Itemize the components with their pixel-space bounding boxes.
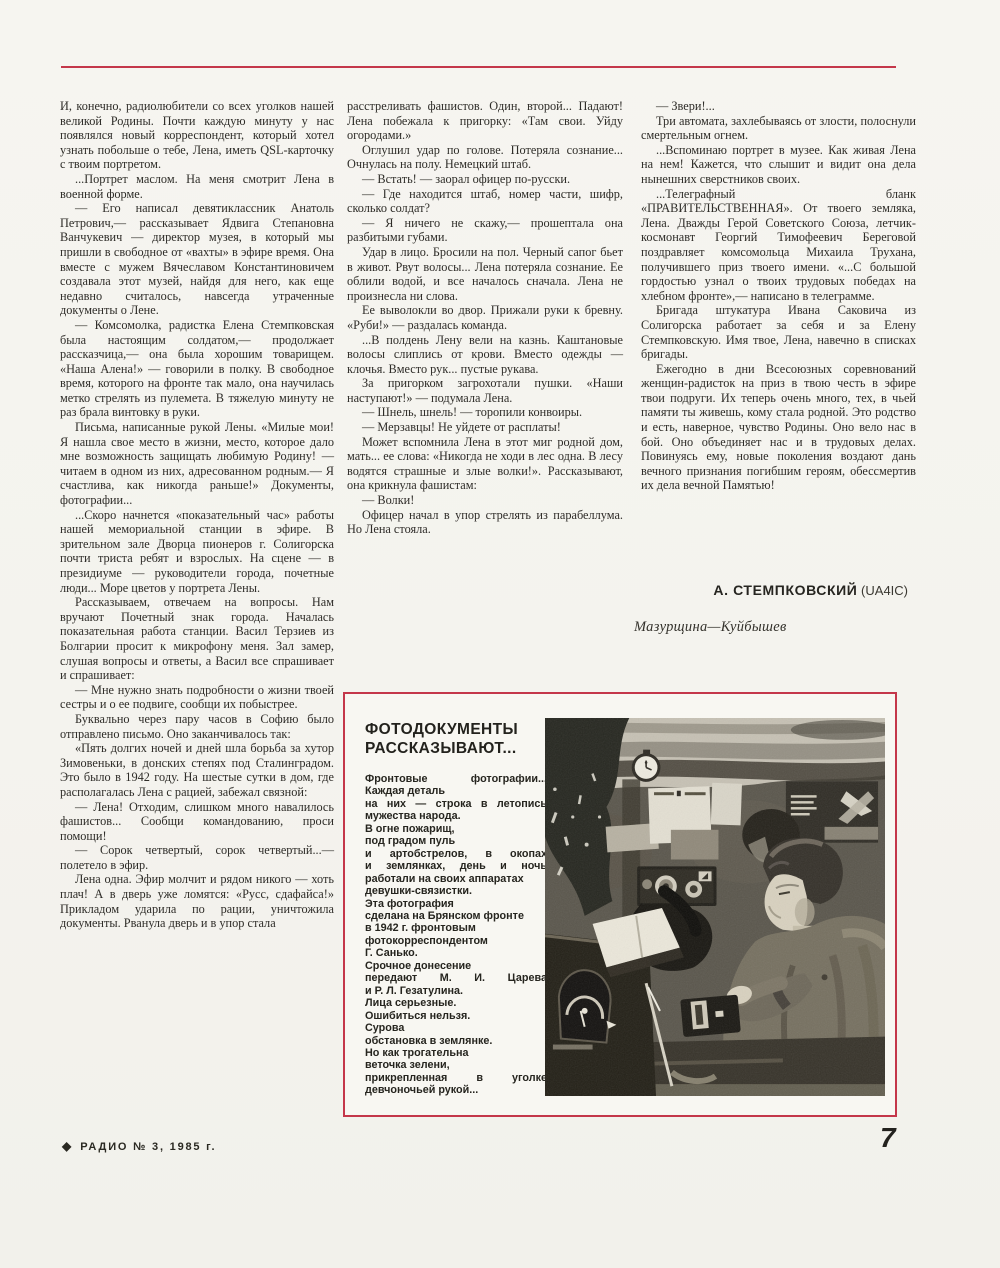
caption-line: Каждая деталь — [365, 785, 547, 797]
paragraph: ...Вспоминаю портрет в музее. Как живая … — [641, 143, 916, 187]
paragraph: — Я ничего не скажу,— прошептала она раз… — [347, 216, 623, 245]
paragraph: — Его написал девятиклассник Анатоль Пет… — [60, 201, 334, 318]
caption-line: девушки-связистки. — [365, 885, 547, 897]
paragraph: — Комсомолка, радистка Елена Стемпковска… — [60, 318, 334, 420]
top-red-rule — [61, 66, 896, 68]
caption-line: прикрепленная в уголке — [365, 1072, 547, 1084]
paragraph: ...В полдень Лену вели на казнь. Каштано… — [347, 333, 623, 377]
photo-feature-box: ФОТОДОКУМЕНТЫ РАССКАЗЫВАЮТ... Фронтовые … — [343, 692, 897, 1117]
caption-line: на них — строка в летопись — [365, 798, 547, 810]
paragraph: Письма, написанные рукой Лены. «Милые мо… — [60, 420, 334, 508]
author-signature: А. СТЕМПКОВСКИЙ (UA4IC) — [641, 582, 916, 600]
war-photo — [545, 718, 885, 1096]
paragraph: — Мерзавцы! Не уйдете от расплаты! — [347, 420, 623, 435]
author-name: А. СТЕМПКОВСКИЙ — [713, 582, 857, 598]
paragraph: — Звери!... — [641, 99, 916, 114]
caption-line: Но как трогательна — [365, 1047, 547, 1059]
paragraph: И, конечно, радиолюбители со всех уголко… — [60, 99, 334, 172]
caption-line: передают М. И. Царева — [365, 972, 547, 984]
paragraph: расстреливать фашистов. Один, второй... … — [347, 99, 623, 143]
caption-line: и землянках, день и ночь — [365, 860, 547, 872]
paragraph: Рассказываем, отвечаем на вопросы. Нам в… — [60, 595, 334, 683]
caption-line: и Р. Л. Гезатулина. — [365, 985, 547, 997]
caption-heading-line1: ФОТОДОКУМЕНТЫ — [365, 720, 547, 739]
caption-line: Фронтовые фотографии... — [365, 773, 547, 785]
caption-heading: ФОТОДОКУМЕНТЫ РАССКАЗЫВАЮТ... — [365, 720, 547, 758]
magazine-page: И, конечно, радиолюбители со всех уголко… — [0, 0, 1000, 1268]
photo-caption: ФОТОДОКУМЕНТЫ РАССКАЗЫВАЮТ... Фронтовые … — [365, 720, 547, 1097]
caption-line: под градом пуль — [365, 835, 547, 847]
caption-line: В огне пожарищ, — [365, 823, 547, 835]
paragraph: — Где находится штаб, номер части, шифр,… — [347, 187, 623, 216]
article-column-2: расстреливать фашистов. Один, второй... … — [347, 99, 623, 537]
paragraph: — Волки! — [347, 493, 623, 508]
paragraph: Лена одна. Эфир молчит и рядом никого — … — [60, 872, 334, 930]
caption-line: Сурова — [365, 1022, 547, 1034]
caption-line: сделана на Брянском фронте — [365, 910, 547, 922]
caption-line: Лица серьезные. — [365, 997, 547, 1009]
caption-line: и артобстрелов, в окопах — [365, 848, 547, 860]
caption-line: работали на своих аппаратах — [365, 873, 547, 885]
caption-line: Эта фотография — [365, 898, 547, 910]
author-callsign: (UA4IC) — [857, 583, 908, 598]
paragraph: — Лена! Отходим, слишком много навалилос… — [60, 800, 334, 844]
paragraph: Ее выволокли во двор. Прижали руки к бре… — [347, 303, 623, 332]
caption-heading-line2: РАССКАЗЫВАЮТ... — [365, 739, 547, 758]
caption-line: обстановка в землянке. — [365, 1035, 547, 1047]
paragraph: «Пять долгих ночей и дней шла борьба за … — [60, 741, 334, 799]
caption-line: в 1942 г. фронтовым — [365, 922, 547, 934]
caption-line: Г. Санько. — [365, 947, 547, 959]
paragraph: Офицер начал в упор стрелять из парабелл… — [347, 508, 623, 537]
paragraph: — Мне нужно знать подробности о жизни тв… — [60, 683, 334, 712]
paragraph: — Сорок четвертый, сорок четвертый...— п… — [60, 843, 334, 872]
war-photo-illustration — [545, 718, 885, 1096]
article-column-1: И, конечно, радиолюбители со всех уголко… — [60, 99, 334, 931]
diamond-icon: ◆ — [62, 1139, 71, 1153]
footer: ◆РАДИО № 3, 1985 г. — [62, 1139, 216, 1153]
caption-line: мужества народа. — [365, 810, 547, 822]
paragraph: Ежегодно в дни Всесоюзных соревнований ж… — [641, 362, 916, 493]
paragraph: ...Скоро начнется «показательный час» ра… — [60, 508, 334, 596]
paragraph: ...Телеграфный бланк «ПРАВИТЕЛЬСТВЕННАЯ»… — [641, 187, 916, 304]
paragraph: — Встать! — заорал офицер по-русски. — [347, 172, 623, 187]
paragraph: За пригорком загрохотали пушки. «Наши на… — [347, 376, 623, 405]
paragraph: Три автомата, захлебываясь от злости, по… — [641, 114, 916, 143]
paragraph: Оглушил удар по голове. Потеряла сознани… — [347, 143, 623, 172]
caption-line: Срочное донесение — [365, 960, 547, 972]
page-number: 7 — [880, 1122, 896, 1154]
paragraph: Буквально через пару часов в Софию было … — [60, 712, 334, 741]
caption-line: Ошибиться нельзя. — [365, 1010, 547, 1022]
article-column-3: — Звери!...Три автомата, захлебываясь от… — [641, 99, 916, 493]
caption-line: веточка зелени, — [365, 1059, 547, 1071]
paragraph: ...Портрет маслом. На меня смотрит Лена … — [60, 172, 334, 201]
caption-body: Фронтовые фотографии...Каждая детальна н… — [365, 773, 547, 1097]
byline-location: Мазурщина—Куйбышев — [634, 619, 787, 636]
paragraph: Может вспомнила Лена в этот миг родной д… — [347, 435, 623, 493]
caption-line: фотокорреспондентом — [365, 935, 547, 947]
paragraph: Удар в лицо. Бросили на пол. Черный сапо… — [347, 245, 623, 303]
footer-text: РАДИО № 3, 1985 г. — [80, 1141, 216, 1153]
paragraph: — Шнель, шнель! — торопили конвоиры. — [347, 405, 623, 420]
paragraph: Бригада штукатура Ивана Саковича из Соли… — [641, 303, 916, 361]
caption-line: девчоночьей рукой... — [365, 1084, 547, 1096]
